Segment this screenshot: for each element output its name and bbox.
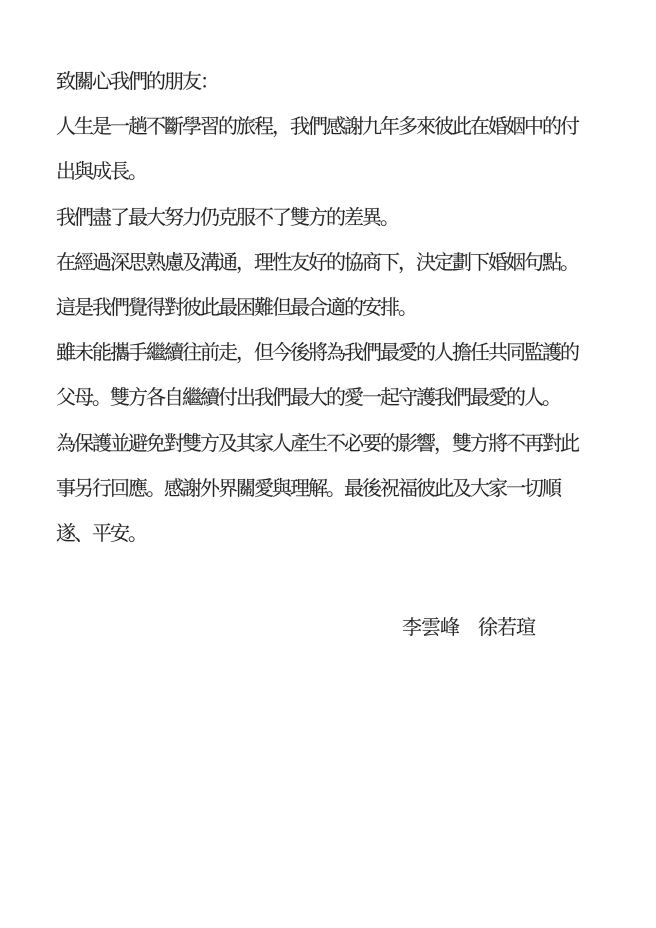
letter-line-8: 為保護並避免對雙方及其家人產生不必要的影響，雙方將不再對此 bbox=[56, 422, 616, 467]
letter-line-6: 雖未能攜手繼續往前走，但今後將為我們最愛的人擔任共同監護的 bbox=[56, 331, 616, 376]
letter-line-10: 遂、平安。 bbox=[56, 512, 616, 557]
letter-line-1: 人生是一趟不斷學習的旅程，我們感謝九年多來彼此在婚姻中的付 bbox=[56, 105, 616, 150]
letter-signature: 李雲峰 徐若瑄 bbox=[402, 606, 535, 651]
letter-line-9: 事另行回應。感謝外界關愛與理解。最後祝福彼此及大家一切順 bbox=[56, 467, 616, 512]
letter-line-7: 父母。雙方各自繼續付出我們最大的愛一起守護我們最愛的人。 bbox=[56, 376, 616, 421]
letter-line-3: 我們盡了最大努力仍克服不了雙方的差異。 bbox=[56, 196, 616, 241]
letter-body: 致關心我們的朋友： 人生是一趟不斷學習的旅程，我們感謝九年多來彼此在婚姻中的付 … bbox=[56, 60, 616, 557]
letter-line-2: 出與成長。 bbox=[56, 150, 616, 195]
letter-line-5: 這是我們覺得對彼此最困難但最合適的安排。 bbox=[56, 286, 616, 331]
letter-salutation: 致關心我們的朋友： bbox=[56, 60, 616, 105]
letter-page: 致關心我們的朋友： 人生是一趟不斷學習的旅程，我們感謝九年多來彼此在婚姻中的付 … bbox=[0, 0, 656, 928]
letter-line-4: 在經過深思熟慮及溝通，理性友好的協商下，決定劃下婚姻句點。 bbox=[56, 241, 616, 286]
